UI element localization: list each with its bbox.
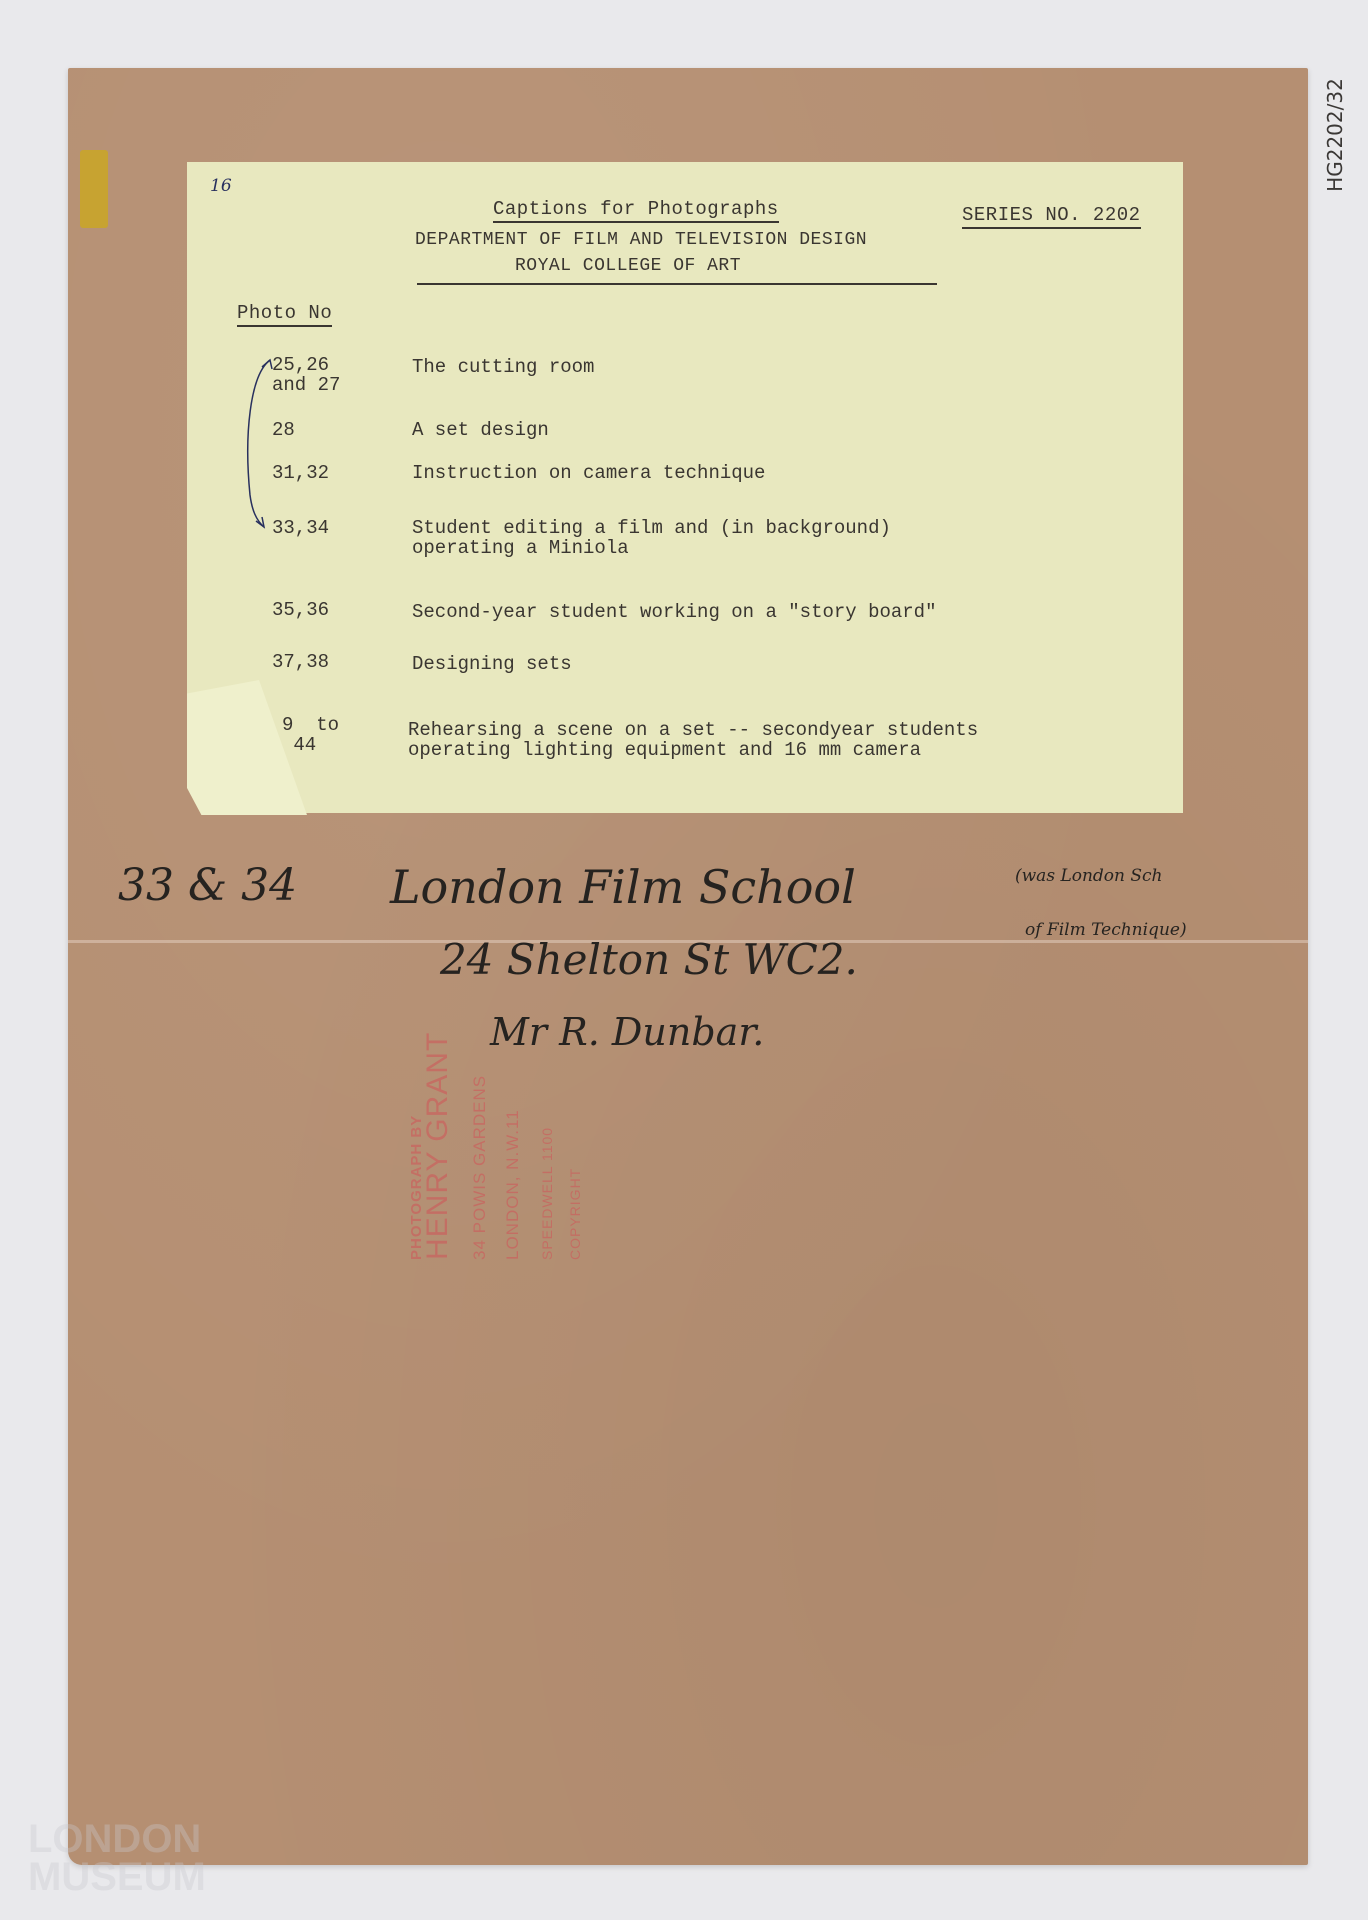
photo-no-1: 25,26 and 27 [272,355,340,395]
photo-no-4: 33,34 [272,518,329,538]
header-rule [417,283,937,285]
sheet-title: Captions for Photographs [493,198,779,223]
photographer-stamp: PHOTOGRAPH BY HENRY GRANT 34 POWIS GARDE… [395,1000,595,1260]
yellow-tape-mark [80,150,108,228]
handwritten-school-name: London Film School [390,860,856,914]
column-header-photo-no: Photo No [237,302,332,327]
photo-no-5: 35,36 [272,600,329,620]
photo-no-2: 28 [272,420,295,440]
caption-5: Second-year student working on a "story … [412,602,937,622]
catalog-number: HG2202/32 [1320,70,1350,200]
handwritten-aside-1: (was London Sch [1015,866,1163,886]
handwritten-aside-2: of Film Technique) [1025,920,1187,940]
handwritten-photo-numbers: 33 & 34 [118,860,297,911]
handwritten-sheet-number: 16 [210,176,232,196]
handwritten-address: 24 Shelton St WC2. [440,935,858,984]
caption-1: The cutting room [412,357,594,377]
caption-4: Student editing a film and (in backgroun… [412,518,891,558]
photo-no-6: 37,38 [272,652,329,672]
institution-name: ROYAL COLLEGE OF ART [515,256,741,276]
caption-6: Designing sets [412,654,572,674]
series-number: SERIES NO. 2202 [962,204,1141,229]
department-name: DEPARTMENT OF FILM AND TELEVISION DESIGN [415,230,867,250]
caption-2: A set design [412,420,549,440]
caption-3: Instruction on camera technique [412,463,765,483]
photo-no-7: 9 to 44 [282,715,339,755]
photo-no-3: 31,32 [272,463,329,483]
caption-7: Rehearsing a scene on a set -- secondyea… [408,720,978,760]
museum-watermark: LONDON MUSEUM [28,1820,206,1896]
